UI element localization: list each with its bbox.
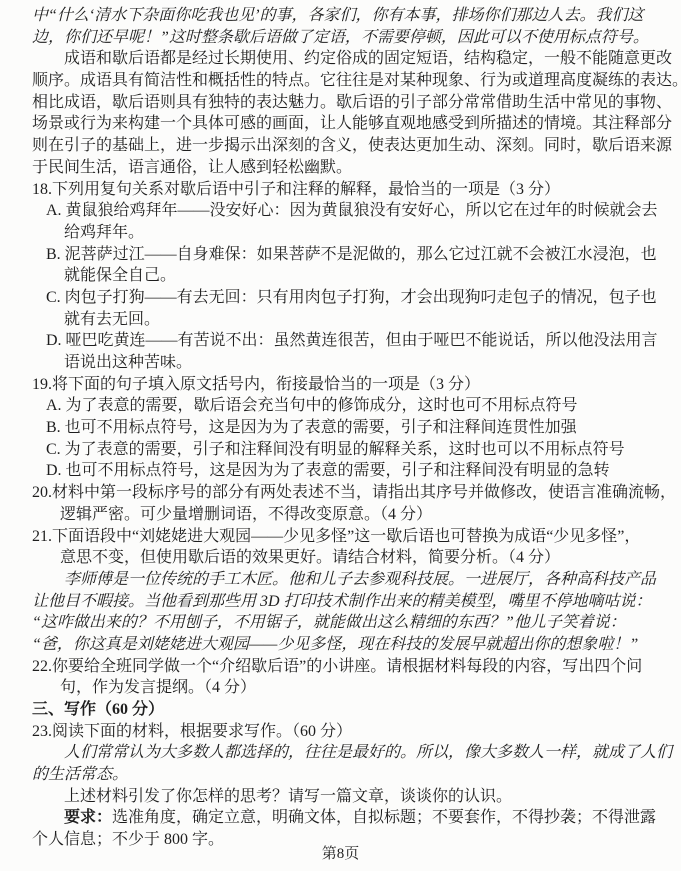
requirements-label: 要求： [64,809,112,826]
question-stem: 22.你要给全班同学做一个“介绍歇后语”的小讲座。请根据材料每段的内容，写出四个… [32,656,661,678]
essay-material-line: 的生活常态。 [32,764,661,786]
requirements-text: 选准角度，确定立意，明确文体，自拟标题；不要套作，不得抄袭；不得泄露 [112,809,656,826]
section-heading-writing: 三、写作（60 分） [32,699,661,721]
option-a-continuation: 给鸡拜年。 [64,222,661,244]
material-line: 中“什么‘清水下杂面你吃我也见’的事，各家们，你有本事，排场你们那边人去。我们这 [32,5,661,27]
passage-line: “这咋做出来的？不用刨子，不用锯子，就能做出这么精细的东西？”他儿子笑着说： [32,612,661,634]
material-line: 相比成语，歇后语则具有独特的表达魅力。歇后语的引子部分常常借助生活中常见的事物、 [32,92,661,114]
option-d-continuation: 语说出这种苦味。 [64,352,661,374]
material-paragraph: 成语和歇后语都是经过长期使用、约定俗成的固定短语，结构稳定，一般不能随意更改 顺… [0,48,681,178]
page-number: 第8页 [0,845,681,863]
material-line: 成语和歇后语都是经过长期使用、约定俗成的固定短语，结构稳定，一般不能随意更改 [64,48,661,70]
question-22: 22.你要给全班同学做一个“介绍歇后语”的小讲座。请根据材料每段的内容，写出四个… [0,656,681,699]
passage-line: “爸，你这真是刘姥姥进大观园——少见多怪，现在科技的发展早就超出你的想象啦！” [32,634,661,656]
option-b-continuation: 就能保全自己。 [64,265,661,287]
question-stem-continuation: 意思不变，但使用歇后语的效果更好。请结合材料，简要分析。（4 分） [60,547,661,569]
material-line: 则在引子的基础上，进一步揭示出深刻的含义，使表达更加生动、深刻。同时，歇后语来源 [32,135,661,157]
passage-line: 李师傅是一位传统的手工木匠。他和儿子去参观科技展。一进展厅，各种高科技产品 [64,569,661,591]
material-line: 于民间生活，语言通俗，让人感到轻松幽默。 [32,157,661,179]
material-line: 顺序。成语具有简洁性和概括性的特点。它往往是对某种现象、行为或道理高度凝练的表达… [32,70,661,92]
essay-prompt: 上述材料引发了你怎样的思考？请写一篇文章，谈谈你的认识。 [64,786,661,808]
question-stem: 21.下面语段中“刘姥姥进大观园——少见多怪”这一歇后语也可替换为成语“少见多怪… [32,526,661,548]
option-c-line: C. 肉包子打狗——有去无回：只有用肉包子打狗，才会出现狗叼走包子的情况，包子也 [46,287,661,309]
material-line: 场景或行为来构建一个具体可感的画面，让人能够直观地感受到所描述的情境。其注释部分 [32,113,661,135]
question-19: 19.将下面的句子填入原文括号内，衔接最恰当的一项是（3 分） A. 为了表意的… [0,374,681,482]
option-b-line: B. 也可不用标点符号，这是因为为了表意的需要，引子和注释间连贯性加强 [46,417,661,439]
question-stem-continuation: 逻辑严密。可少量增删词语，不得改变原意。（4 分） [60,504,661,526]
question-stem: 18.下列用复句关系对歇后语中引子和注释的解释，最恰当的一项是（3 分） [32,179,661,201]
option-b-line: B. 泥菩萨过江——自身难保：如果菩萨不是泥做的，那么它过江就不会被江水浸泡，也 [46,244,661,266]
material-line: 边，你们还早呢！”这时整条歇后语做了定语，不需要停顿，因此可以不使用标点符号。 [32,27,661,49]
question-stem: 23.阅读下面的材料，根据要求写作。（60 分） [32,721,661,743]
exam-page: 中“什么‘清水下杂面你吃我也见’的事，各家们，你有本事，排场你们那边人去。我们这… [0,0,681,871]
option-c-line: C. 为了表意的需要，引子和注释间没有明显的解释关系，这时也可以不用标点符号 [46,439,661,461]
question-18: 18.下列用复句关系对歇后语中引子和注释的解释，最恰当的一项是（3 分） A. … [0,179,681,374]
option-a-line: A. 黄鼠狼给鸡拜年——没安好心：因为黄鼠狼没有安好心，所以它在过年的时候就会去 [46,200,661,222]
option-d-line: D. 哑巴吃黄连——有苦说不出：虽然黄连很苦，但由于哑巴不能说话，所以他没法用言 [46,330,661,352]
material-continuation: 中“什么‘清水下杂面你吃我也见’的事，各家们，你有本事，排场你们那边人去。我们这… [0,5,681,48]
question-23: 23.阅读下面的材料，根据要求写作。（60 分） 人们常常认为大多数人都选择的，… [0,721,681,851]
passage-line: 让他目不暇接。当他看到那些用 3D 打印技术制作出来的精美模型，嘴里不停地嘀咕说… [32,591,661,613]
essay-requirements: 要求：选准角度，确定立意，明确文体，自拟标题；不要套作，不得抄袭；不得泄露 [64,807,661,829]
option-a-line: A. 为了表意的需要，歇后语会充当句中的修饰成分，这时也可不用标点符号 [46,395,661,417]
option-c-continuation: 就有去无回。 [64,309,661,331]
essay-material-line: 人们常常认为大多数人都选择的，往往是最好的。所以，像大多数人一样，就成了人们 [64,742,661,764]
question-20: 20.材料中第一段标序号的部分有两处表述不当，请指出其序号并做修改，使语言准确流… [0,482,681,525]
option-d-line: D. 也可不用标点符号，这是因为为了表意的需要，引子和注释间没有明显的急转 [46,460,661,482]
question-stem: 20.材料中第一段标序号的部分有两处表述不当，请指出其序号并做修改，使语言准确流… [32,482,661,504]
question-stem: 19.将下面的句子填入原文括号内，衔接最恰当的一项是（3 分） [32,374,661,396]
question-21: 21.下面语段中“刘姥姥进大观园——少见多怪”这一歇后语也可替换为成语“少见多怪… [0,526,681,656]
question-stem-continuation: 句，作为发言提纲。（4 分） [60,677,661,699]
